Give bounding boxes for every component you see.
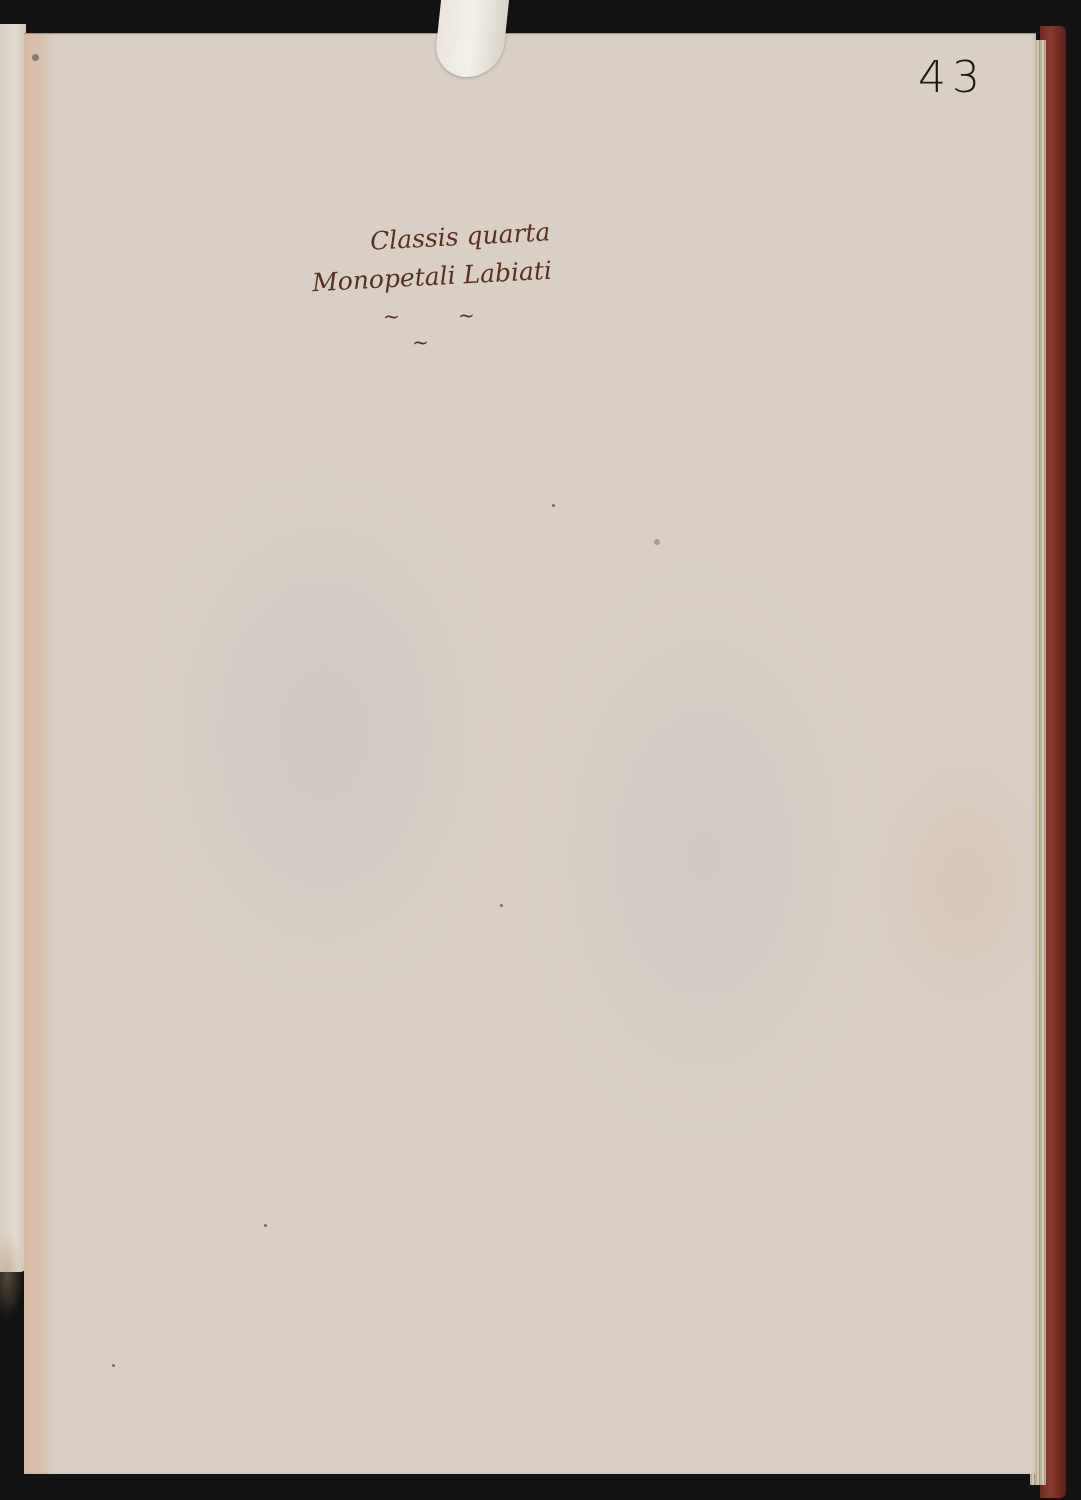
folio-number: 43: [918, 52, 986, 103]
page-hole-mark: [32, 54, 39, 61]
page-edge-stain: [0, 1230, 24, 1320]
ink-spot: [654, 539, 660, 545]
ink-speck: [112, 1364, 115, 1367]
manuscript-page: [24, 33, 1036, 1474]
ink-speck: [500, 904, 503, 907]
ornament-flourish: ~: [458, 305, 475, 325]
ink-speck: [552, 504, 555, 507]
previous-page-edge: [0, 24, 26, 1272]
ornament-flourish: ~: [412, 332, 429, 352]
ink-speck: [264, 1224, 267, 1227]
ornament-flourish: ~: [383, 306, 400, 326]
